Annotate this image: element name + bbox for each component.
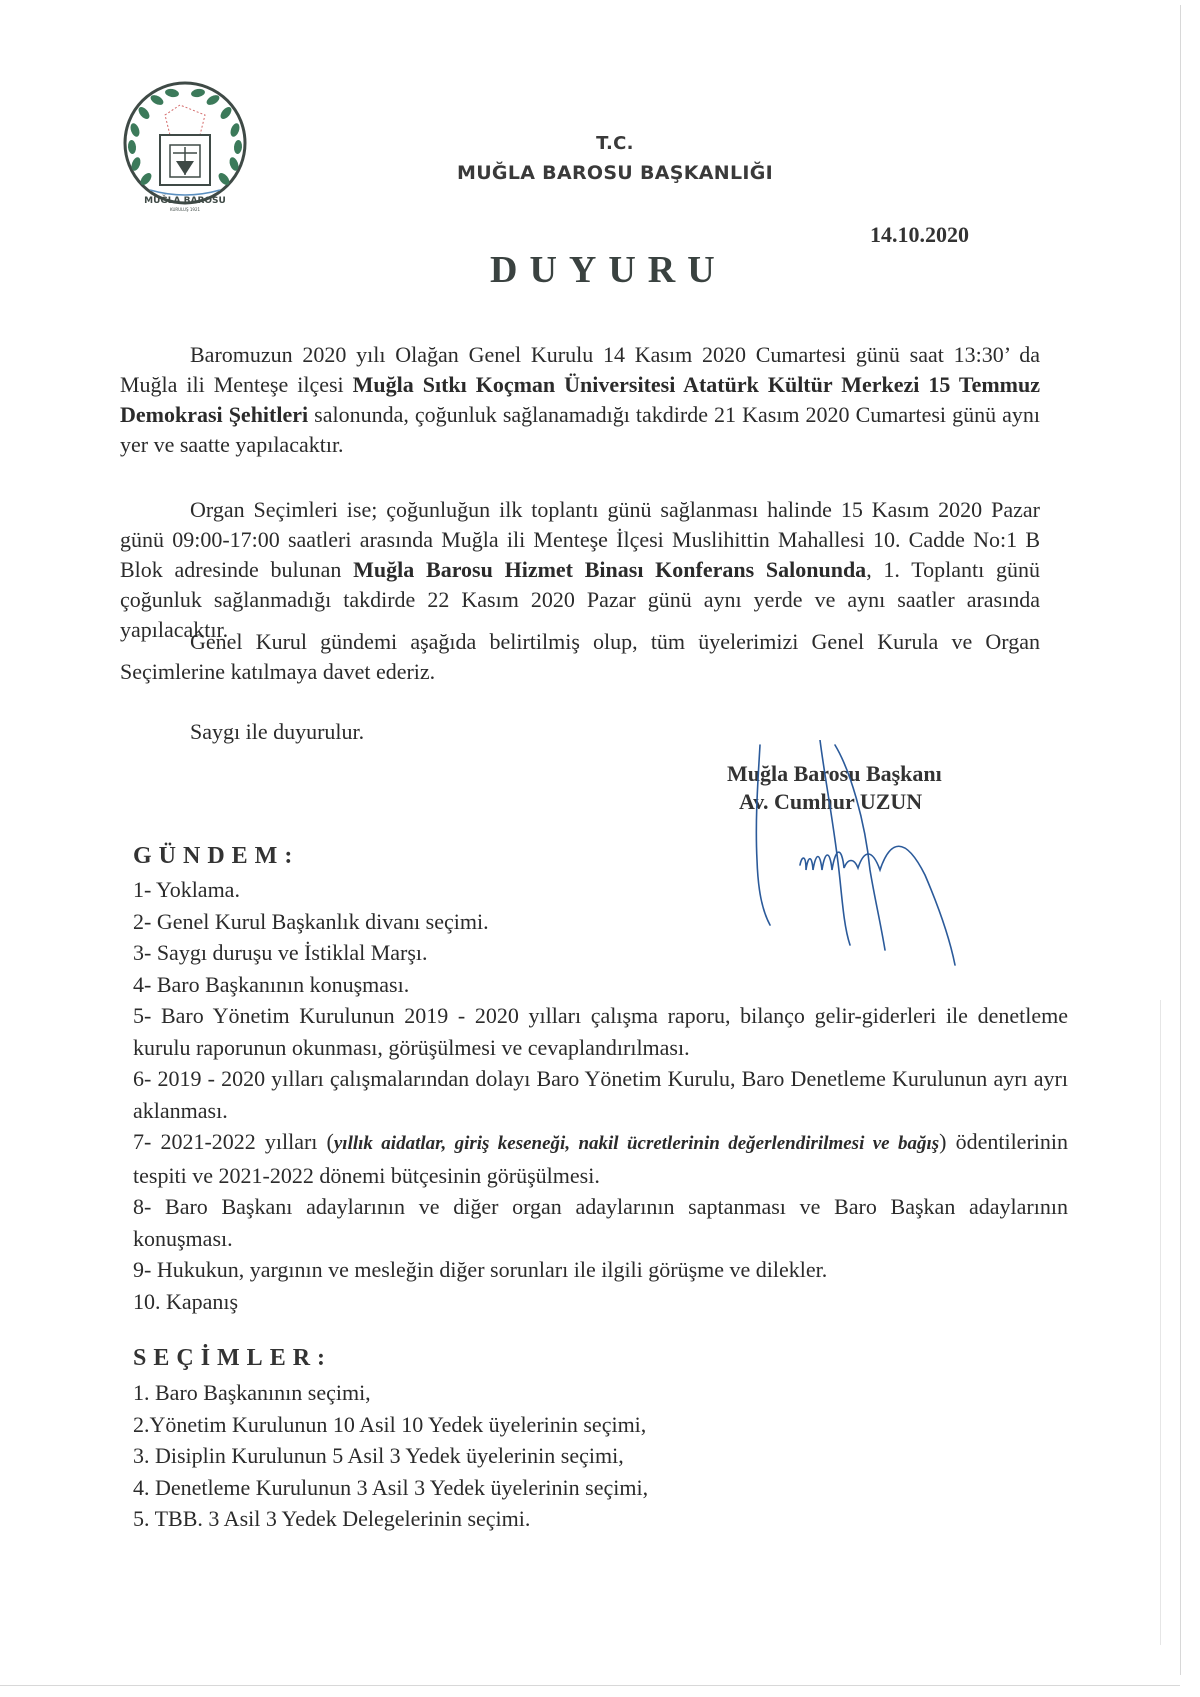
signatory-block: Muğla Barosu Başkanı Av. Cumhur UZUN (727, 760, 942, 816)
page-edge (1180, 5, 1181, 1675)
agenda-item: 1- Yoklama. (133, 874, 1068, 906)
agenda-item: 5- Baro Yönetim Kurulunun 2019 - 2020 yı… (133, 1000, 1068, 1063)
election-item: 4. Denetleme Kurulunun 3 Asil 3 Yedek üy… (133, 1472, 1068, 1504)
paragraph-general-assembly: Baromuzun 2020 yılı Olağan Genel Kurulu … (120, 340, 1040, 460)
agenda-item: 7- 2021-2022 yılları (yıllık aidatlar, g… (133, 1126, 1068, 1191)
election-item: 5. TBB. 3 Asil 3 Yedek Delegelerinin seç… (133, 1503, 1068, 1535)
elections-list: 1. Baro Başkanının seçimi, 2.Yönetim Kur… (133, 1377, 1068, 1535)
page-edge (0, 1685, 1180, 1686)
document-date: 14.10.2020 (870, 222, 969, 248)
agenda-item: 6- 2019 - 2020 yılları çalışmalarından d… (133, 1063, 1068, 1126)
agenda-list: 1- Yoklama. 2- Genel Kurul Başkanlık div… (133, 874, 1068, 1317)
agenda-item: 4- Baro Başkanının konuşması. (133, 969, 1068, 1001)
page-edge (1160, 1000, 1161, 1645)
election-venue-name: Muğla Barosu Hizmet Binası Konferans Sal… (353, 557, 866, 582)
fees-list-italic: yıllık aidatlar, giriş keseneği, nakil ü… (334, 1133, 939, 1154)
svg-text:KURULUŞ 1921: KURULUŞ 1921 (170, 207, 201, 212)
election-item: 1. Baro Başkanının seçimi, (133, 1377, 1068, 1409)
header-country: T.C. (380, 133, 850, 154)
svg-text:MUĞLA BAROSU: MUĞLA BAROSU (144, 194, 226, 206)
agenda-item: 3- Saygı duruşu ve İstiklal Marşı. (133, 937, 1068, 969)
election-item: 3. Disiplin Kurulunun 5 Asil 3 Yedek üye… (133, 1440, 1068, 1472)
paragraph-closing: Saygı ile duyurulur. (120, 717, 1040, 747)
agenda-item: 8- Baro Başkanı adaylarının ve diğer org… (133, 1191, 1068, 1254)
paragraph-invitation: Genel Kurul gündemi aşağıda belirtilmiş … (120, 627, 1040, 687)
signatory-name: Av. Cumhur UZUN (727, 788, 942, 816)
header-organization: MUĞLA BAROSU BAŞKANLIĞI (380, 162, 850, 184)
agenda-heading: GÜNDEM: (133, 843, 299, 870)
election-item: 2.Yönetim Kurulunun 10 Asil 10 Yedek üye… (133, 1409, 1068, 1441)
agenda-item: 9- Hukukun, yargının ve mesleğin diğer s… (133, 1254, 1068, 1286)
bar-association-logo-icon: MUĞLA BAROSU KURULUŞ 1921 (110, 75, 260, 215)
signatory-title: Muğla Barosu Başkanı (727, 760, 942, 788)
agenda-item: 2- Genel Kurul Başkanlık divanı seçimi. (133, 906, 1068, 938)
elections-heading: SEÇİMLER: (133, 1345, 332, 1372)
document-title: DUYURU (490, 248, 727, 292)
agenda-item: 10. Kapanış (133, 1286, 1068, 1318)
paragraph-elections: Organ Seçimleri ise; çoğunluğun ilk topl… (120, 495, 1040, 645)
